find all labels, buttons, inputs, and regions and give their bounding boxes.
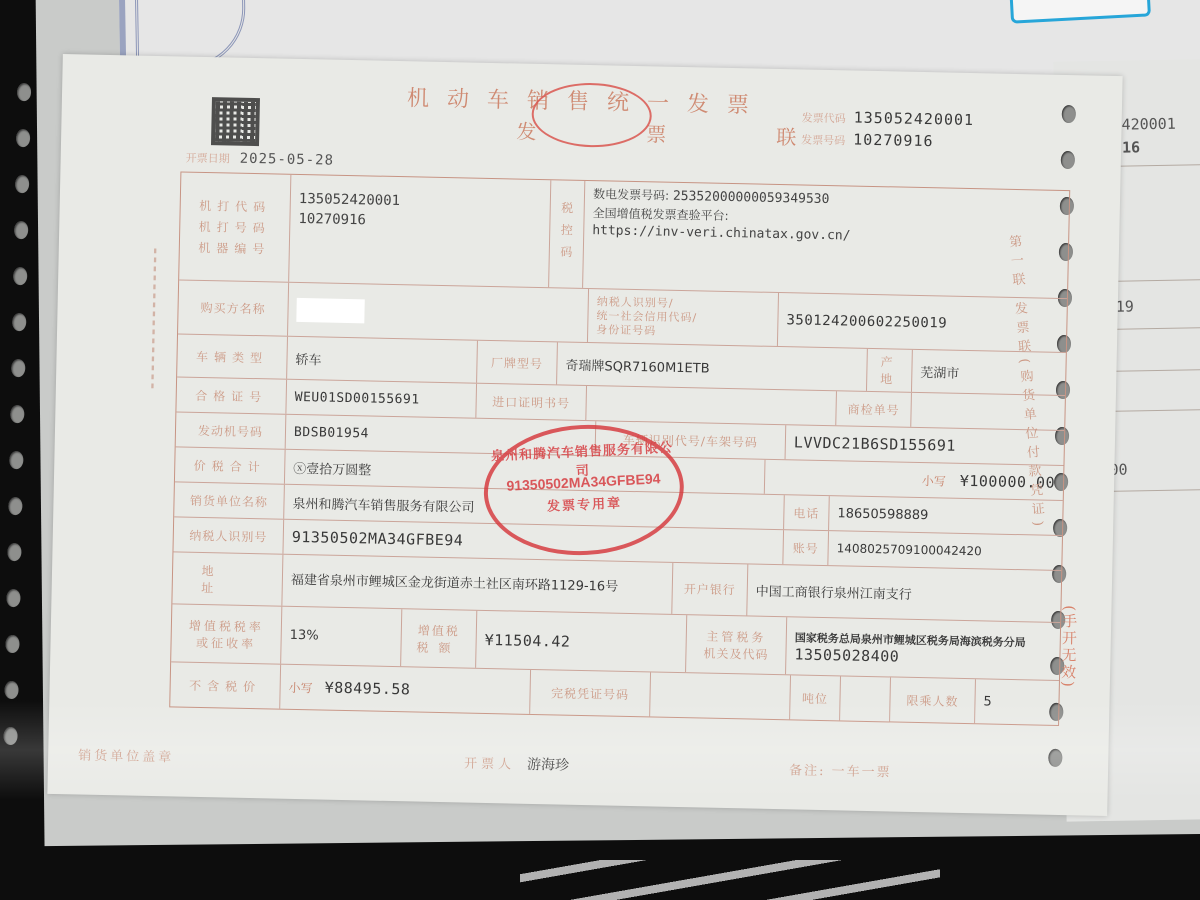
verification-platform-url: https://inv-veri.chinatax.gov.cn/	[592, 223, 851, 243]
seller-address: 福建省泉州市鲤城区金龙街道赤土社区南环路1129-16号	[282, 555, 673, 614]
address-label: 地址	[172, 552, 283, 605]
tax-rate-label-line-2: 或征收率	[196, 633, 256, 651]
total-lowercase-label: 小写	[922, 472, 946, 489]
invoice-number-label: 发票号码	[801, 131, 845, 148]
vehicle-type: 轿车	[287, 337, 478, 383]
machine-number-label: 机打号码	[199, 218, 271, 237]
issue-date: 2025-05-28	[240, 151, 335, 169]
qr-code-icon	[211, 97, 260, 146]
passengers: 5	[975, 679, 1059, 725]
tax-amount-label-cell: 增值税 税额	[401, 609, 477, 668]
tonnage	[840, 676, 891, 721]
invoice-number: 10270916	[853, 131, 934, 151]
invoice-header-codes: 发票代码 135052420001 发票号码 10270916	[801, 107, 974, 155]
machine-code-label: 机打代码	[199, 197, 271, 216]
tax-control-label: 税控码	[558, 201, 576, 267]
import-cert-label: 进口证明书号	[476, 384, 587, 420]
phone-label: 电话	[784, 495, 830, 530]
buyer-id-label-cell: 纳税人识别号/ 统一社会信用代码/ 身份证号码	[588, 289, 779, 346]
pretax-amount-cell: 小写 ¥88495.58	[280, 665, 531, 714]
digital-invoice-label: 数电发票号码:	[593, 187, 669, 203]
tax-authority-code: 13505028400	[794, 645, 899, 665]
seller-seal-label: 销货单位盖章	[78, 744, 174, 765]
tax-paid-cert	[650, 672, 791, 719]
buyer-name-cell	[288, 283, 589, 342]
engine-label: 发动机号码	[176, 412, 287, 448]
issue-date-row: 开票日期 2025-05-28	[186, 150, 335, 169]
authority-cell: 国家税务总局泉州市鲤城区税务局海滨税务分局 13505028400	[786, 617, 1060, 680]
pretax-label: 不含税价	[170, 662, 281, 708]
tax-rate-label-line-1: 增值税税率	[189, 616, 264, 635]
machine-device-label: 机器编号	[198, 239, 270, 258]
tax-amount-label-line-2: 税额	[416, 638, 460, 656]
bank-label: 开户银行	[672, 563, 748, 616]
light-reflection	[520, 860, 940, 900]
digital-invoice-number: 25352000000059349530	[673, 189, 830, 207]
tax-paid-cert-label: 完税凭证号码	[530, 670, 651, 717]
machine-number: 10270916	[298, 211, 399, 229]
total-label: 价税合计	[175, 447, 286, 483]
authority-label-line-1: 主管税务	[706, 627, 766, 645]
certificate-label: 合格证号	[176, 377, 287, 413]
issuer-name: 游海珍	[527, 754, 569, 775]
total-lowercase-cell: 小写 ¥100000.00	[765, 460, 1064, 500]
remark: 备注: 一车一票	[789, 759, 892, 780]
authority-label-cell: 主管税务 机关及代码	[686, 615, 787, 674]
tax-rate: 13%	[281, 607, 402, 667]
brand-model-label: 厂牌型号	[477, 341, 558, 385]
seller-name-label: 销货单位名称	[174, 482, 285, 518]
invoice-footer: 销货单位盖章 开票人 游海珍 备注: 一车一票	[78, 744, 1078, 785]
tonnage-label: 吨位	[790, 675, 841, 720]
machine-device	[298, 231, 399, 233]
bg-line	[1101, 488, 1200, 492]
inspection-label: 商检单号	[836, 391, 912, 427]
buyer-name-redacted	[296, 297, 364, 322]
motor-vehicle-invoice: 机动车销售统一发票 发票联 发票代码 135052420001 发票号码 102…	[47, 54, 1122, 816]
seller-bank: 中国工商银行泉州江南支行	[747, 564, 1061, 622]
issuer-label: 开票人	[464, 753, 515, 773]
photo-scene: 052420001 70916 0019 市 .00 机动车销售统一发票 发票联	[0, 0, 1200, 900]
machine-values-cell: 135052420001 10270916	[289, 175, 551, 287]
tax-control-cell: 数电发票号码: 25352000000059349530 全国增值税发票查验平台…	[583, 181, 1069, 298]
seller-account: 1408025709100042420	[828, 531, 1062, 570]
pretax-lowercase-label: 小写	[288, 678, 312, 695]
account-label: 账号	[783, 530, 829, 565]
machine-code: 135052420001	[299, 191, 400, 209]
origin: 芜湖市	[912, 350, 1066, 395]
buyer-name-label: 购买方名称	[178, 280, 289, 335]
buyer-id-label-line-3: 身份证号码	[596, 323, 656, 338]
seller-tax-id-label: 纳税人识别号	[173, 517, 284, 553]
printer-margin-note: ▮▮▮▮▮▮▮▮▮▮▮▮▮▮▮▮	[148, 246, 160, 390]
seal-purpose: 发票专用章	[547, 492, 623, 515]
machine-labels-cell: 机打代码 机打号码 机器编号	[179, 172, 291, 281]
import-cert	[586, 386, 837, 425]
handwritten-invalid-note: (手开无效)	[1058, 605, 1081, 689]
tax-amount-label-line-1: 增值税	[418, 621, 460, 639]
machine-code-row: 机打代码 机打号码 机器编号 135052420001 10270916 税控码	[179, 172, 1069, 299]
authority-label-line-2: 机关及代码	[703, 644, 768, 662]
pretax-amount: ¥88495.58	[324, 679, 410, 699]
tax-amount: ¥11504.42	[476, 611, 687, 672]
tax-rate-label-cell: 增值税税率 或征收率	[171, 604, 282, 663]
tax-control-label-cell: 税控码	[549, 180, 585, 288]
invoice-code-label: 发票代码	[802, 109, 846, 126]
inspection-number	[911, 393, 1065, 430]
origin-label: 产地	[867, 349, 913, 392]
vehicle-type-label: 车辆类型	[177, 334, 288, 378]
issue-date-label: 开票日期	[186, 150, 230, 167]
invoice-code: 135052420001	[854, 109, 975, 130]
passengers-label: 限乘人数	[890, 677, 976, 723]
certificate-number: WEU01SD00155691	[286, 380, 477, 418]
brand-model: 奇瑞牌SQR7160M1ETB	[557, 342, 868, 390]
